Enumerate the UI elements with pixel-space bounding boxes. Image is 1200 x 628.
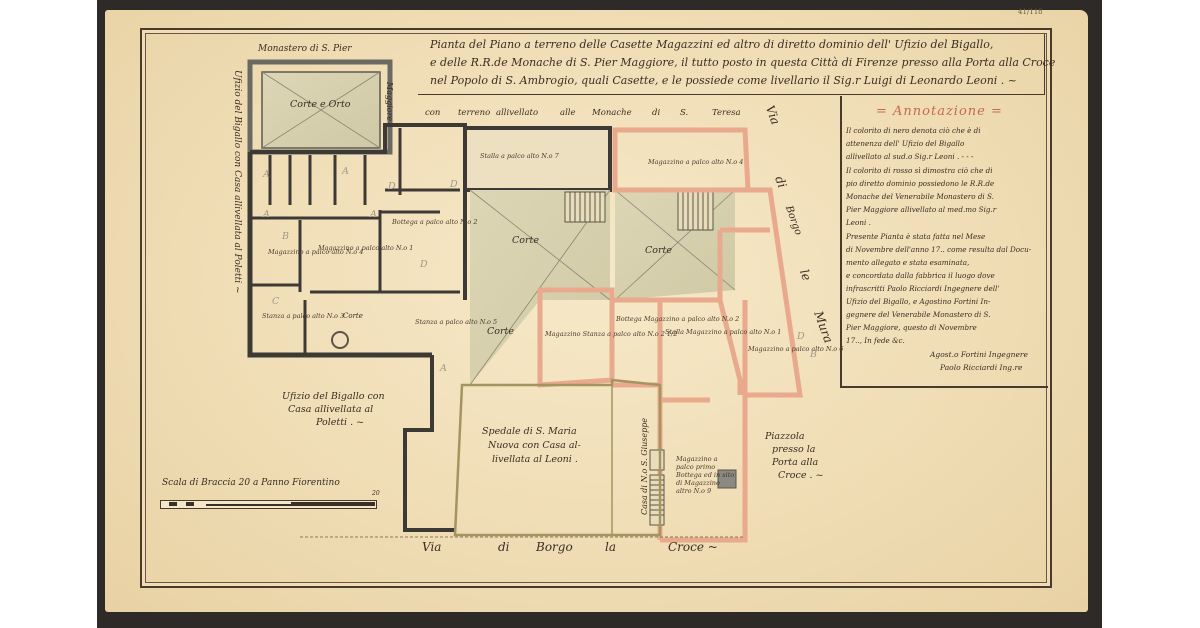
spedale-label-3: livellata al Leoni .: [492, 453, 578, 466]
annotation-line: pio diretto dominio possiedono le R.R.de: [846, 179, 994, 188]
room-label: Stanza a palco alto N.o 5: [415, 318, 497, 326]
annotation-line: gegnere del Venerabile Monastero di S.: [846, 310, 991, 319]
letter-marker: B: [810, 348, 817, 361]
signature-ricciardi: Paolo Ricciardi Ing.re: [940, 363, 1022, 372]
letter-marker: D: [420, 258, 428, 271]
corte-label: Corte: [512, 234, 539, 247]
bigallo-houses-label-2: Casa allivellata al: [288, 403, 373, 416]
room-label: Magazzino a palco primo Bottega ed in si…: [676, 455, 736, 495]
scale-label: Scala di Braccia 20 a Panno Fiorentino: [162, 478, 340, 488]
top-strip-word: terreno: [458, 108, 490, 118]
room-label: Bottega a palco alto N.o 2: [392, 218, 478, 226]
letter-marker: A: [263, 208, 270, 221]
room-label: Bottega Magazzino a palco alto N.o 2: [616, 315, 739, 323]
annotation-heading: = Annotazione =: [876, 104, 1003, 119]
top-strip-word: S.: [680, 108, 688, 118]
corte-orto-label: Corte e Orto: [290, 98, 351, 111]
title-line-1: Pianta del Piano a terreno delle Casette…: [430, 38, 993, 51]
top-strip-word: con: [425, 108, 440, 118]
room-label: Magazzino Stanza a palco alto N.o 2 1/2: [545, 330, 677, 338]
letter-marker: A: [370, 208, 377, 221]
room-label: Stalla a palco alto N.o 7: [480, 152, 559, 160]
piazzola-label-2: presso la: [772, 443, 815, 456]
street-word: di: [498, 540, 510, 554]
annotation-line: di Novembre dell'anno 17.. come resulta …: [846, 245, 1031, 254]
street-word: la: [605, 540, 616, 554]
room-label: Magazzino a palco alto N.o 4: [268, 248, 363, 256]
annotation-line: 17.., In fede &c.: [846, 336, 905, 345]
street-word: Borgo: [536, 540, 573, 554]
central-courtyards: [465, 128, 735, 385]
letter-marker: D: [450, 178, 458, 191]
street-word: Croce ~: [668, 540, 718, 554]
letter-marker: C: [272, 295, 279, 308]
top-strip-word: di: [652, 108, 660, 118]
top-strip-word: allivellato: [496, 108, 538, 118]
street-word: Via: [422, 540, 441, 554]
annotation-line: Monache del Venerabile Monastero di S.: [846, 192, 994, 201]
room-label: Stalla Magazzino a palco alto N.o 1: [665, 328, 781, 336]
letter-marker: B: [282, 230, 289, 243]
annotation-line: Pier Maggiore allivellato al med.mo Sig.…: [846, 205, 996, 214]
room-label: Magazzino a palco alto N.o 6: [748, 345, 843, 353]
corte-label: Corte: [487, 325, 514, 338]
letter-marker: A: [440, 362, 447, 375]
top-strip-word: alle: [560, 108, 576, 118]
piazzola-label-3: Porta alla: [772, 456, 818, 469]
well-icon: [332, 332, 348, 348]
top-strip-word: Monache: [592, 108, 632, 118]
scale-bar: [160, 500, 377, 509]
room-label: Magazzino a palco alto N.o 4: [648, 158, 743, 166]
annotation-line: infrascritti Paolo Ricciardi Ingegnere d…: [846, 284, 999, 293]
annotation-line: attenenza dell' Ufizio del Bigallo: [846, 139, 964, 148]
corte-label: Corte: [343, 310, 363, 323]
maggiore-vertical-label: Maggiore: [385, 82, 394, 121]
letter-marker: D: [797, 330, 805, 343]
bigallo-houses-label-3: Poletti . ~: [316, 416, 364, 429]
letter-marker: A: [263, 168, 270, 181]
monastero-label: Monastero di S. Pier: [258, 44, 352, 54]
annotation-line: e concordata dalla fabbrica il luogo dov…: [846, 271, 995, 280]
room-label: Stanza a palco alto N.o 3: [262, 312, 344, 320]
casa-vertical-label: Casa di N.o S. Giuseppe: [640, 418, 649, 515]
corte-label: Corte: [645, 244, 672, 257]
piazzola-label-4: Croce . ~: [778, 469, 824, 482]
piazzola-label-1: Piazzola: [765, 430, 805, 443]
bigallo-vertical-label: Ufizio del Bigallo con Casa allivellata …: [232, 70, 242, 294]
annotation-line: Il colorito di nero denota ciò che è di: [846, 126, 981, 135]
title-line-3: nel Popolo di S. Ambrogio, quali Casette…: [430, 74, 1017, 87]
spedale-label-2: Nuova con Casa al-: [488, 439, 581, 452]
letter-marker: D: [388, 180, 396, 193]
spedale-label-1: Spedale di S. Maria: [482, 425, 577, 438]
annotation-line: mento allegato e stata esaminata,: [846, 258, 969, 267]
bigallo-houses-label-1: Ufizio del Bigallo con: [282, 390, 385, 403]
letter-marker: A: [342, 165, 349, 178]
annotation-line: Pier Maggiore, questo di Novembre: [846, 323, 977, 332]
signature-fortini: Agost.o Fortini Ingegnere: [930, 350, 1028, 359]
annotation-line: Presente Pianta è stata fatta nel Mese: [846, 232, 985, 241]
top-strip-word: Teresa: [712, 108, 741, 118]
annotation-line: Il colorito di rosso sì dimostra ciò che…: [846, 166, 993, 175]
bigallo-block-walls: [250, 125, 465, 530]
title-line-2: e delle R.R.de Monache di S. Pier Maggio…: [430, 56, 1055, 69]
annotation-line: Ufizio del Bigallo, e Agostino Fortini I…: [846, 297, 990, 306]
scale-tick-end: 20: [372, 490, 380, 497]
annotation-line: allivellato al sud.o Sig.r Leoni . - - -: [846, 152, 973, 161]
annotation-line: Leoni .: [846, 218, 871, 227]
